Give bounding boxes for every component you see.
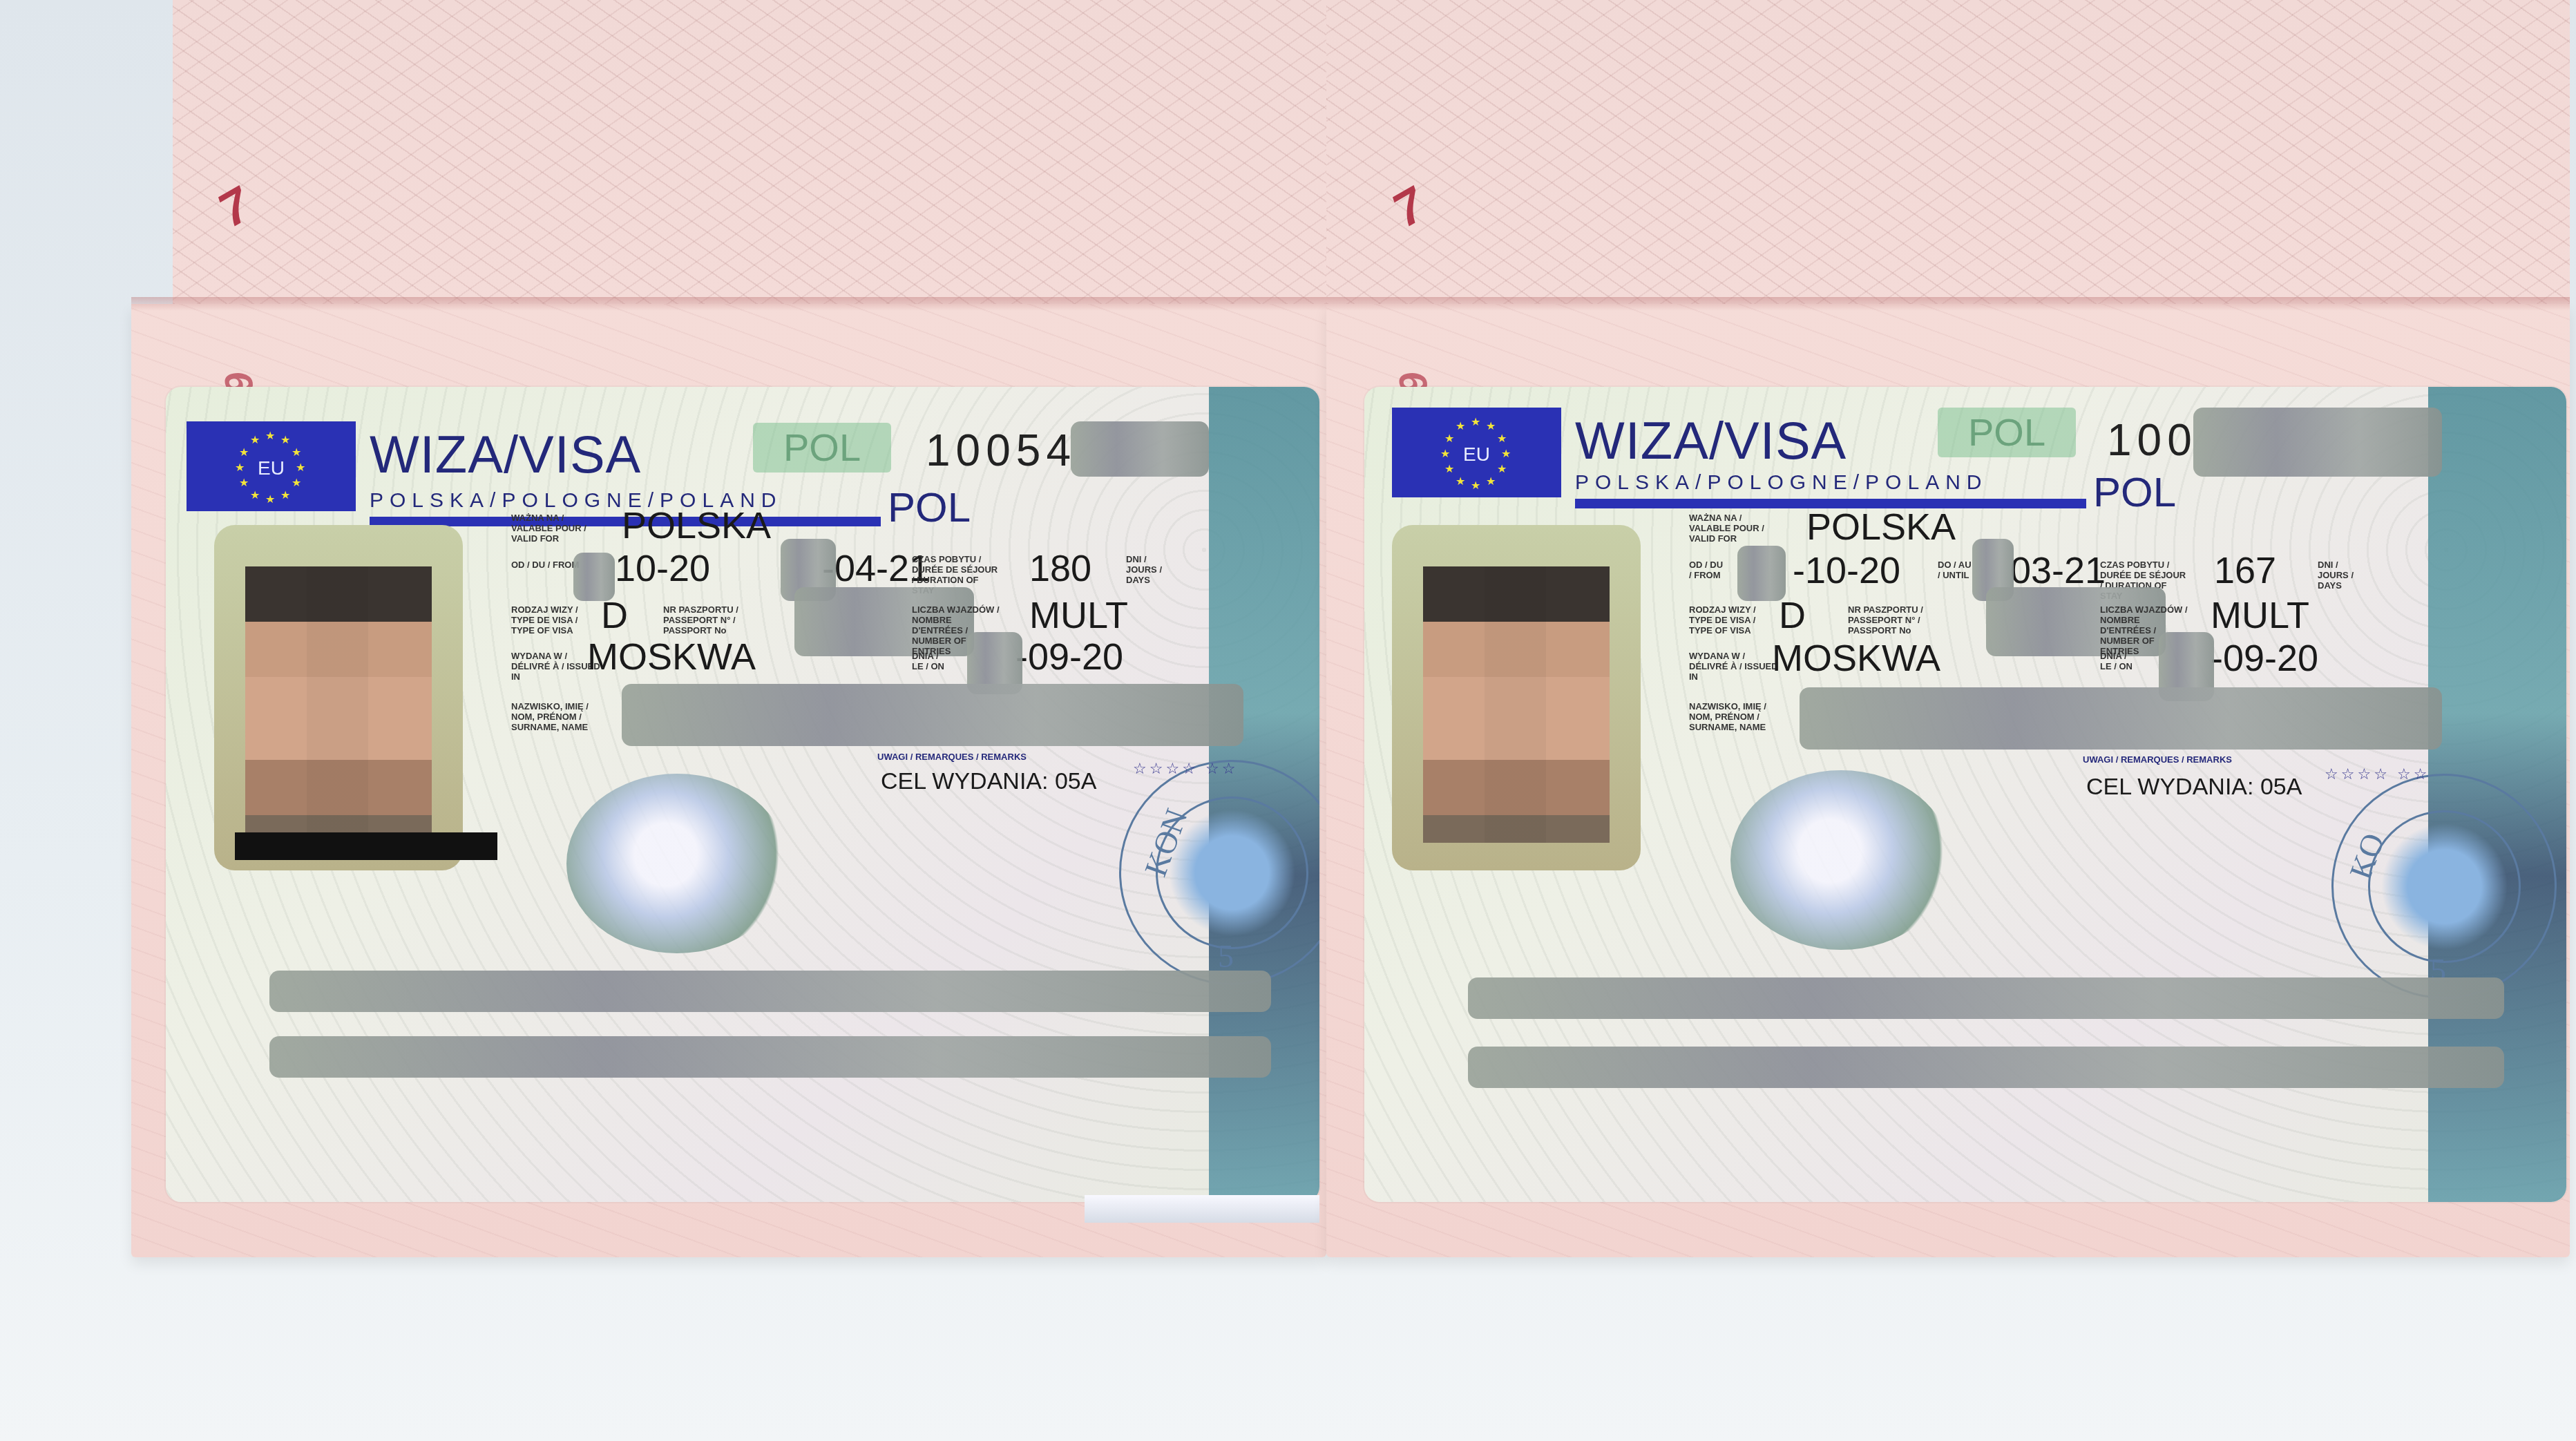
remarks-value: CEL WYDANIA: 05A: [2086, 774, 2302, 801]
visa-title: WIZA/VISA: [370, 425, 641, 485]
passport-right: 7 6 ★★ ★★ ★★ ★★ ★★ ★★ EU WIZA/VISA POL 1…: [1326, 0, 2570, 1257]
consulate-stamp: KO 5: [2331, 774, 2557, 999]
label-valid-for: WAŻNA NA / VALABLE POUR / VALID FOR: [511, 513, 601, 544]
remarks-value: CEL WYDANIA: 05A: [881, 768, 1096, 795]
visa-number: 10054: [926, 425, 1076, 476]
redacted-name: [1800, 687, 2442, 750]
label-valid-for: WAŻNA NA / VALABLE POUR / VALID FOR: [1689, 513, 1779, 544]
label-issued-in: WYDANA W / DÉLIVRÉ À / ISSUED IN: [1689, 651, 1779, 682]
page-crease: [1326, 297, 2570, 311]
value-issued-on: -09-20: [1015, 636, 1123, 678]
label-passport: NR PASZPORTU / PASSEPORT N° / PASSPORT N…: [1848, 604, 1938, 636]
photo-redaction-bar: [235, 832, 497, 860]
stars-decoration: ☆☆☆☆ ☆☆: [2325, 765, 2430, 783]
eu-label: EU: [1392, 443, 1561, 466]
stamp-number: 5: [1218, 938, 1234, 975]
hologram: [566, 774, 788, 953]
pixelated-face: [1423, 566, 1610, 843]
redacted-mrz-line-1: [1468, 977, 2504, 1019]
pol-watermark: POL: [1938, 408, 2076, 457]
redacted-name: [622, 684, 1243, 746]
label-type: RODZAJ WIZY / TYPE DE VISA / TYPE OF VIS…: [1689, 604, 1779, 636]
label-from: OD / DU / FROM: [1689, 560, 1724, 580]
label-days: DNI / JOURS / DAYS: [2318, 560, 2359, 591]
redacted-year: [1737, 546, 1786, 601]
value-duration: 167: [2214, 549, 2276, 592]
value-type: D: [601, 594, 628, 637]
visa-number: 100: [2107, 414, 2197, 466]
pol-watermark: POL: [753, 423, 891, 473]
page-crease: [131, 297, 1326, 311]
stamp-emblem: [2368, 810, 2521, 963]
passport-left: 7 6 ★★ ★★ ★★ ★★ ★★ ★★ EU WIZA/VISA POL 1…: [131, 0, 1326, 1257]
redacted-mrz-line-2: [1468, 1047, 2504, 1088]
label-name: NAZWISKO, IMIĘ / NOM, PRÉNOM / SURNAME, …: [1689, 701, 1779, 732]
holder-photo: [214, 525, 463, 870]
label-on: DNIA / LE / ON: [2100, 651, 2135, 671]
visa-sticker: ★★ ★★ ★★ ★★ ★★ ★★ EU WIZA/VISA POL 100 P…: [1364, 387, 2566, 1202]
label-until: DO / AU / UNTIL: [1938, 560, 1972, 580]
visa-sticker: ★★ ★★ ★★ ★★ ★★ ★★ EU WIZA/VISA POL 10054…: [166, 387, 1319, 1202]
label-name: NAZWISKO, IMIĘ / NOM, PRÉNOM / SURNAME, …: [511, 701, 601, 732]
label-passport: NR PASZPORTU / PASSEPORT N° / PASSPORT N…: [663, 604, 753, 636]
value-issued-on: -09-20: [2211, 637, 2318, 680]
page-number-top: 7: [1384, 177, 1435, 238]
eu-flag-icon: ★★ ★★ ★★ ★★ ★★ ★★ EU: [187, 421, 356, 511]
redacted-number: [2193, 408, 2442, 477]
light-glare: [1085, 1195, 1319, 1223]
visa-title: WIZA/VISA: [1575, 411, 1847, 471]
eu-label: EU: [187, 457, 356, 479]
value-entries: MULT: [2211, 594, 2309, 637]
redacted-number: [1071, 421, 1209, 477]
label-remarks: UWAGI / REMARQUES / REMARKS: [2083, 754, 2232, 765]
value-issued-in: MOSKWA: [587, 636, 756, 678]
value-from: -10-20: [1793, 549, 1900, 592]
label-on: DNIA / LE / ON: [912, 651, 946, 671]
pixelated-face: [245, 566, 432, 843]
value-valid-for: POLSKA: [622, 504, 771, 547]
value-duration: 180: [1029, 547, 1091, 590]
country-code: POL: [888, 484, 971, 531]
value-valid-for: POLSKA: [1806, 506, 1956, 548]
redacted-mrz-line-1: [269, 971, 1271, 1012]
passport-top-page: 7: [173, 0, 1326, 304]
page-number-top: 7: [209, 177, 260, 238]
label-days: DNI / JOURS / DAYS: [1126, 554, 1167, 585]
stars-decoration: ☆☆☆☆ ☆☆: [1133, 760, 1238, 778]
value-type: D: [1779, 594, 1806, 637]
label-type: RODZAJ WIZY / TYPE DE VISA / TYPE OF VIS…: [511, 604, 601, 636]
redacted-mrz-line-2: [269, 1036, 1271, 1078]
label-remarks: UWAGI / REMARQUES / REMARKS: [877, 752, 1027, 762]
country-code: POL: [2093, 468, 2176, 516]
value-from: 10-20: [615, 547, 710, 590]
value-entries: MULT: [1029, 594, 1128, 637]
holder-photo: [1392, 525, 1641, 870]
hologram: [1730, 770, 1952, 950]
value-issued-in: MOSKWA: [1772, 637, 1940, 680]
passport-top-page: 7: [1326, 0, 2570, 304]
value-until: 03-21: [2010, 549, 2106, 592]
eu-flag-icon: ★★ ★★ ★★ ★★ ★★ ★★ EU: [1392, 408, 1561, 497]
country-line: POLSKA/POLOGNE/POLAND: [1575, 471, 1987, 495]
